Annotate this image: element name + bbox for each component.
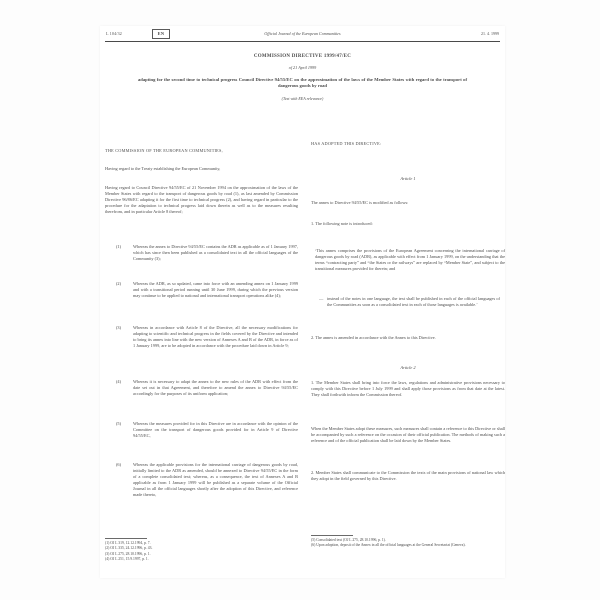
footnote: (6) Upon adoption, deposit of the Annex …: [311, 543, 505, 548]
whereas-item-5: (5) Whereas the measures provided for in…: [105, 421, 298, 439]
left-column: THE COMMISSION OF THE EUROPEAN COMMUNITI…: [105, 148, 298, 498]
article-2-paragraph-1: 1. The Member States shall bring into fo…: [311, 380, 505, 398]
whereas-text: Whereas the applicable provisions for th…: [133, 462, 298, 498]
whereas-number: (6): [116, 462, 133, 498]
article-1-paragraph-1: The annex to Directive 94/55/EC is modif…: [311, 200, 505, 206]
whereas-text: Whereas the ADR, as so updated, came int…: [133, 281, 298, 299]
eea-relevance-note: (Text with EEA relevance): [130, 96, 475, 101]
whereas-number: (5): [116, 421, 133, 439]
article-2-paragraph-3: 2. Member States shall communicate to th…: [311, 470, 505, 482]
preamble-having-regard: Having regard to Council Directive 94/55…: [105, 185, 298, 215]
whereas-number: (1): [116, 244, 133, 262]
article-2-heading: Article 2: [311, 365, 505, 371]
article-1-paragraph-5: 2. The annex is amended in accordance wi…: [311, 335, 505, 341]
footnotes-right: (5) Consolidated text (OJ L 275, 28.10.1…: [311, 535, 505, 549]
header-rule: [105, 41, 500, 42]
whereas-text: Whereas it is necessary to adapt the ann…: [133, 379, 298, 397]
whereas-text: Whereas the measures provided for in thi…: [133, 421, 298, 439]
dash-item-text: instead of the notes in one language, th…: [327, 296, 500, 308]
article-2-paragraph-2: When the Member States adopt these measu…: [311, 426, 505, 444]
footnote-rule: [105, 538, 147, 539]
page-header: L 104/32 Official Journal of the Europea…: [105, 29, 500, 40]
title-block: COMMISSION DIRECTIVE 1999/47/EC of 21 Ap…: [130, 54, 475, 101]
whereas-item-2: (2) Whereas the ADR, as so updated, came…: [105, 281, 298, 299]
footnote-rule: [311, 535, 353, 536]
adoption-line: HAS ADOPTED THIS DIRECTIVE:: [311, 141, 505, 147]
article-1-heading: Article 1: [311, 176, 505, 182]
preamble-treaty-line: Having regard to the Treaty establishing…: [105, 166, 298, 172]
whereas-item-4: (4) Whereas it is necessary to adapt the…: [105, 379, 298, 397]
article-1-quoted-text: ‘This annex comprises the provisions of …: [311, 248, 505, 272]
scanned-document-canvas: L 104/32 Official Journal of the Europea…: [0, 0, 600, 600]
header-date: 21. 4. 1999: [481, 31, 499, 36]
directive-date-line: of 21 April 1999: [130, 65, 475, 70]
footnotes-left: (1) OJ L 319, 12.12.1994, p. 7. (2) OJ L…: [105, 538, 265, 562]
whereas-item-1: (1) Whereas the annex to Directive 94/55…: [105, 244, 298, 262]
footnote: (4) OJ L 251, 15.9.1997, p. 1.: [105, 557, 265, 562]
journal-page: L 104/32 Official Journal of the Europea…: [100, 26, 505, 578]
whereas-text: Whereas the annex to Directive 94/55/EC …: [133, 244, 298, 262]
directive-number-heading: COMMISSION DIRECTIVE 1999/47/EC: [130, 54, 475, 59]
whereas-text: Whereas in accordance with Article 8 of …: [133, 325, 298, 349]
dash-marker: —: [319, 296, 327, 308]
preamble-commission-line: THE COMMISSION OF THE EUROPEAN COMMUNITI…: [105, 148, 298, 154]
right-column: HAS ADOPTED THIS DIRECTIVE: Article 1 Th…: [311, 141, 505, 482]
whereas-item-6: (6) Whereas the applicable provisions fo…: [105, 462, 298, 498]
language-badge: EN: [152, 29, 170, 39]
directive-subject: adapting for the second time to technica…: [138, 77, 467, 89]
article-1-dash-item: — instead of the notes in one language, …: [311, 296, 505, 308]
article-1-paragraph-2: 1. The following note is introduced:: [311, 221, 505, 227]
whereas-number: (3): [116, 325, 133, 349]
whereas-number: (4): [116, 379, 133, 397]
whereas-number: (2): [116, 281, 133, 299]
whereas-item-3: (3) Whereas in accordance with Article 8…: [105, 325, 298, 349]
